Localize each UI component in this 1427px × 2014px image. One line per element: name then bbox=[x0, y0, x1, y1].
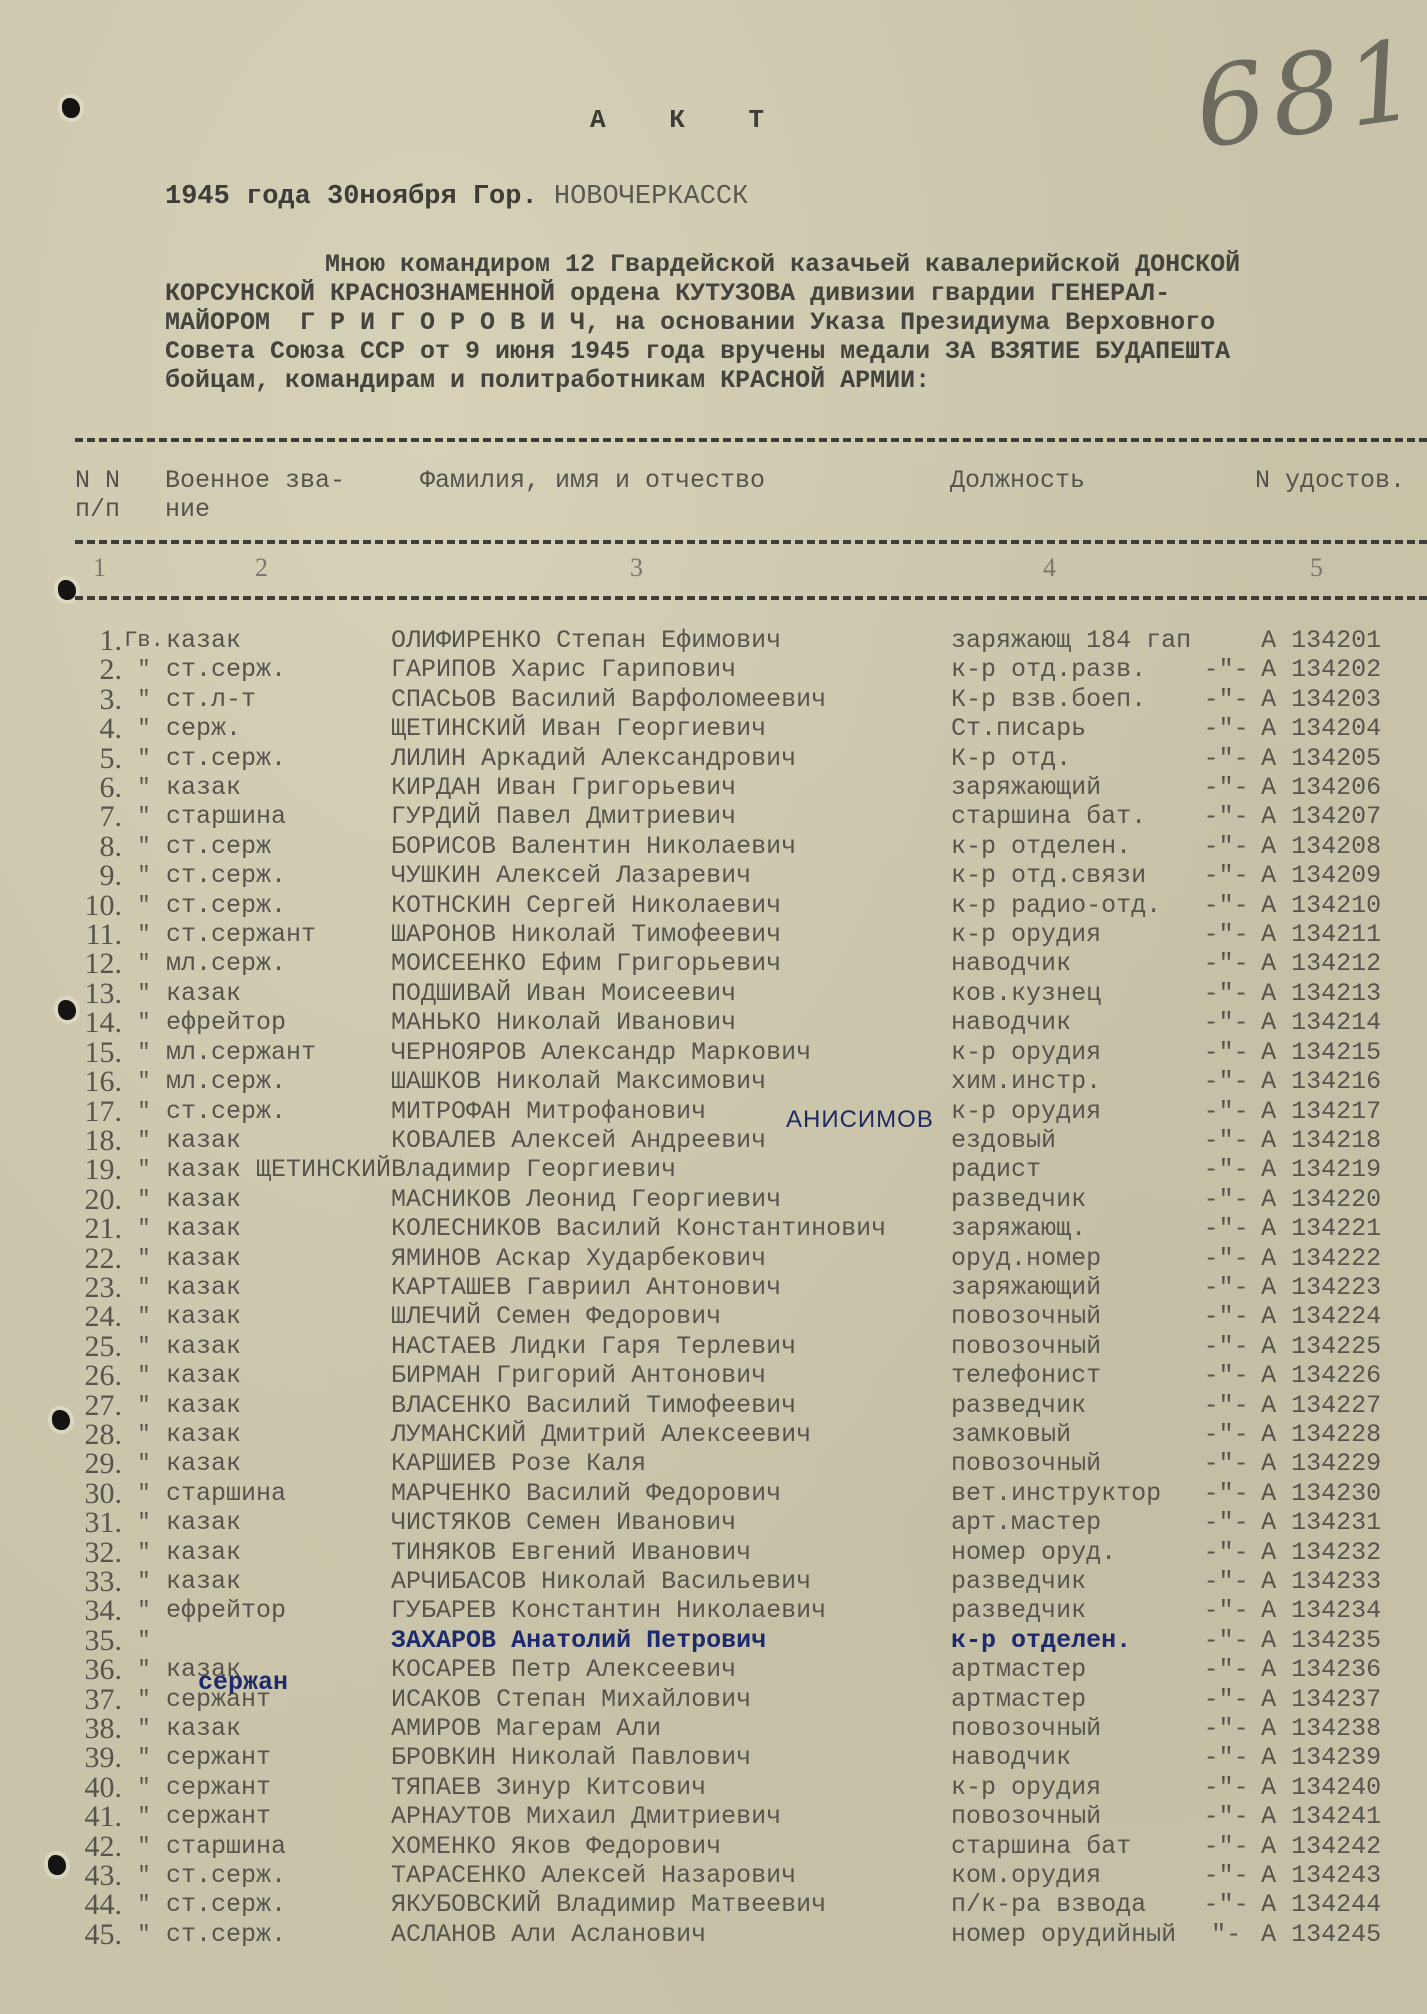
ditto-prefix: " bbox=[122, 1067, 166, 1096]
row-number: 19. bbox=[70, 1155, 122, 1184]
header-position: Должность bbox=[950, 466, 1085, 495]
ditto-mark: -"- bbox=[1191, 891, 1261, 920]
ditto-mark: -"- bbox=[1191, 1626, 1261, 1655]
certificate-number: А 134206 bbox=[1261, 773, 1427, 802]
row-number: 37. bbox=[70, 1685, 122, 1714]
full-name: НАСТАЕВ Лидки Гаря Терлевич bbox=[391, 1332, 951, 1361]
row-number: 13. bbox=[70, 979, 122, 1008]
full-name: МОИСЕЕНКО Ефим Григорьевич bbox=[391, 949, 951, 978]
certificate-number: А 134201 bbox=[1261, 626, 1427, 655]
military-rank: мл.сержант bbox=[166, 1038, 391, 1067]
row-number: 15. bbox=[70, 1038, 122, 1067]
certificate-number: А 134244 bbox=[1261, 1890, 1427, 1919]
position: вет.инструктор bbox=[951, 1479, 1191, 1508]
table-row: 44."ст.серж.ЯКУБОВСКИЙ Владимир Матвееви… bbox=[70, 1890, 1427, 1919]
military-rank: казак bbox=[166, 1214, 391, 1243]
ditto-prefix: " bbox=[122, 773, 166, 802]
certificate-number: А 134234 bbox=[1261, 1596, 1427, 1625]
ditto-mark: -"- bbox=[1191, 1302, 1261, 1331]
ditto-prefix: " bbox=[122, 1214, 166, 1243]
intro-line: Совета Союза ССР от 9 июня 1945 года вру… bbox=[165, 337, 1427, 366]
row-number: 32. bbox=[70, 1538, 122, 1567]
certificate-number: А 134209 bbox=[1261, 861, 1427, 890]
table-row: 23."казакКАРТАШЕВ Гавриил Антоновичзаряж… bbox=[70, 1273, 1427, 1302]
full-name: КАРТАШЕВ Гавриил Антонович bbox=[391, 1273, 951, 1302]
ditto-prefix: " bbox=[122, 1332, 166, 1361]
position: разведчик bbox=[951, 1185, 1191, 1214]
position: заряжающ. bbox=[951, 1214, 1191, 1243]
header-medal-no: N удостов. bbox=[1255, 466, 1405, 495]
position: к-р отделен. bbox=[951, 1626, 1191, 1655]
row-number: 36. bbox=[70, 1655, 122, 1684]
full-name: ПОДШИВАЙ Иван Моисеевич bbox=[391, 979, 951, 1008]
table-row: 18."казакКОВАЛЕВ Алексей Андреевичездовы… bbox=[70, 1126, 1427, 1155]
ditto-mark: -"- bbox=[1191, 1067, 1261, 1096]
position: наводчик bbox=[951, 949, 1191, 978]
position: повозочный bbox=[951, 1332, 1191, 1361]
ditto-mark: -"- bbox=[1191, 1244, 1261, 1273]
military-rank: мл.серж. bbox=[166, 1067, 391, 1096]
table-row: 19."казак ЩЕТИНСКИЙВладимир Георгиевичра… bbox=[70, 1155, 1427, 1184]
certificate-number: А 134218 bbox=[1261, 1126, 1427, 1155]
ditto-prefix: " bbox=[122, 1126, 166, 1155]
military-rank: казак bbox=[166, 1244, 391, 1273]
ditto-prefix: " bbox=[122, 1920, 166, 1949]
table-row: 13."казакПОДШИВАЙ Иван Моисеевичков.кузн… bbox=[70, 979, 1427, 1008]
ditto-mark: -"- bbox=[1191, 655, 1261, 684]
ditto-mark bbox=[1191, 626, 1261, 655]
row-number: 26. bbox=[70, 1361, 122, 1390]
certificate-number: А 134215 bbox=[1261, 1038, 1427, 1067]
row-number: 25. bbox=[70, 1332, 122, 1361]
row-number: 18. bbox=[70, 1126, 122, 1155]
position: заряжающий bbox=[951, 773, 1191, 802]
ditto-prefix: " bbox=[122, 1832, 166, 1861]
table-row: 21."казакКОЛЕСНИКОВ Василий Константинов… bbox=[70, 1214, 1427, 1243]
position: разведчик bbox=[951, 1391, 1191, 1420]
military-rank: ст.серж. bbox=[166, 891, 391, 920]
position: разведчик bbox=[951, 1567, 1191, 1596]
military-rank: казак bbox=[166, 1714, 391, 1743]
certificate-number: А 134225 bbox=[1261, 1332, 1427, 1361]
ditto-mark: -"- bbox=[1191, 1214, 1261, 1243]
military-rank: старшина bbox=[166, 802, 391, 831]
position: наводчик bbox=[951, 1743, 1191, 1772]
certificate-number: А 134212 bbox=[1261, 949, 1427, 978]
ditto-prefix: " bbox=[122, 1596, 166, 1625]
military-rank: казак bbox=[166, 1332, 391, 1361]
table-row: 30."старшинаМАРЧЕНКО Василий Федоровичве… bbox=[70, 1479, 1427, 1508]
ditto-mark: -"- bbox=[1191, 1391, 1261, 1420]
ditto-prefix: " bbox=[122, 1743, 166, 1772]
military-rank: старшина bbox=[166, 1479, 391, 1508]
full-name: СПАСЬОВ Василий Варфоломеевич bbox=[391, 685, 951, 714]
certificate-number: А 134239 bbox=[1261, 1743, 1427, 1772]
certificate-number: А 134238 bbox=[1261, 1714, 1427, 1743]
full-name: МАРЧЕНКО Василий Федорович bbox=[391, 1479, 951, 1508]
ditto-mark: -"- bbox=[1191, 744, 1261, 773]
full-name: Владимир Георгиевич bbox=[391, 1155, 951, 1184]
row-number: 2. bbox=[70, 655, 122, 684]
full-name: ГАРИПОВ Харис Гарипович bbox=[391, 655, 951, 684]
full-name: КАРШИЕВ Розе Каля bbox=[391, 1449, 951, 1478]
full-name: ЩЕТИНСКИЙ Иван Георгиевич bbox=[391, 714, 951, 743]
ditto-mark: -"- bbox=[1191, 1126, 1261, 1155]
full-name: ШАРОНОВ Николай Тимофеевич bbox=[391, 920, 951, 949]
military-rank: ст.серж. bbox=[166, 1890, 391, 1919]
position: к-р орудия bbox=[951, 1097, 1191, 1126]
ditto-mark: -"- bbox=[1191, 1832, 1261, 1861]
position: телефонист bbox=[951, 1361, 1191, 1390]
ditto-prefix: " bbox=[122, 1538, 166, 1567]
punch-hole-top bbox=[62, 98, 80, 118]
full-name: ЗАХАРОВ Анатолий Петрович bbox=[391, 1626, 951, 1655]
position: замковый bbox=[951, 1420, 1191, 1449]
ditto-mark: -"- bbox=[1191, 1802, 1261, 1831]
certificate-number: А 134205 bbox=[1261, 744, 1427, 773]
ditto-mark: -"- bbox=[1191, 1685, 1261, 1714]
table-row: 42."старшинаХОМЕНКО Яков Федоровичстарши… bbox=[70, 1832, 1427, 1861]
full-name: ИСАКОВ Степан Михайлович bbox=[391, 1685, 951, 1714]
table-row: 34."ефрейторГУБАРЕВ Константин Николаеви… bbox=[70, 1596, 1427, 1625]
table-row: 27."казакВЛАСЕНКО Василий Тимофеевичразв… bbox=[70, 1391, 1427, 1420]
position: наводчик bbox=[951, 1008, 1191, 1037]
military-rank: казак bbox=[166, 1508, 391, 1537]
position: к-р радио-отд. bbox=[951, 891, 1191, 920]
row-number: 34. bbox=[70, 1596, 122, 1625]
military-rank: казак bbox=[166, 1126, 391, 1155]
punch-hole-upper bbox=[58, 580, 76, 600]
certificate-number: А 134222 bbox=[1261, 1244, 1427, 1273]
table-row: 22."казакЯМИНОВ Аскар Хударбековичоруд.н… bbox=[70, 1244, 1427, 1273]
certificate-number: А 134207 bbox=[1261, 802, 1427, 831]
military-rank: казак ЩЕТИНСКИЙ bbox=[166, 1155, 391, 1184]
military-rank: казак bbox=[166, 1567, 391, 1596]
certificate-number: А 134236 bbox=[1261, 1655, 1427, 1684]
military-rank: ст.сержант bbox=[166, 920, 391, 949]
full-name: МАНЬКО Николай Иванович bbox=[391, 1008, 951, 1037]
punch-hole-bottom bbox=[48, 1855, 66, 1875]
certificate-number: А 134221 bbox=[1261, 1214, 1427, 1243]
table-row: 31."казакЧИСТЯКОВ Семен Ивановичарт.маст… bbox=[70, 1508, 1427, 1537]
certificate-number: А 134231 bbox=[1261, 1508, 1427, 1537]
column-number-3: 3 bbox=[630, 553, 643, 583]
ditto-prefix: " bbox=[122, 979, 166, 1008]
full-name: ЯКУБОВСКИЙ Владимир Матвеевич bbox=[391, 1890, 951, 1919]
position: заряжающ 184 гап bbox=[951, 626, 1191, 655]
certificate-number: А 134227 bbox=[1261, 1391, 1427, 1420]
ditto-prefix: " bbox=[122, 920, 166, 949]
ditto-prefix: " bbox=[122, 714, 166, 743]
ditto-mark: -"- bbox=[1191, 832, 1261, 861]
intro-line: КОРСУНСКОЙ КРАСНОЗНАМЕННОЙ ордена КУТУЗО… bbox=[165, 279, 1427, 308]
table-row: 35."ЗАХАРОВ Анатолий Петровичк-р отделен… bbox=[70, 1626, 1427, 1655]
table-row: 3."ст.л-тСПАСЬОВ Василий ВарфоломеевичК-… bbox=[70, 685, 1427, 714]
table-row: 33."казакАРЧИБАСОВ Николай Васильевичраз… bbox=[70, 1567, 1427, 1596]
full-name: ОЛИФИРЕНКО Степан Ефимович bbox=[391, 626, 951, 655]
certificate-number: А 134214 bbox=[1261, 1008, 1427, 1037]
ditto-prefix: " bbox=[122, 744, 166, 773]
position: старшина бат. bbox=[951, 802, 1191, 831]
row-number: 23. bbox=[70, 1273, 122, 1302]
full-name: АСЛАНОВ Али Асланович bbox=[391, 1920, 951, 1949]
full-name: МАСНИКОВ Леонид Георгиевич bbox=[391, 1185, 951, 1214]
full-name: ЯМИНОВ Аскар Хударбекович bbox=[391, 1244, 951, 1273]
military-rank: серж. bbox=[166, 714, 391, 743]
table-row: 39."сержантБРОВКИН Николай Павловичнавод… bbox=[70, 1743, 1427, 1772]
full-name: БОРИСОВ Валентин Николаевич bbox=[391, 832, 951, 861]
position: номер орудийный bbox=[951, 1920, 1191, 1949]
table-row: 25."казакНАСТАЕВ Лидки Гаря Терлевичпово… bbox=[70, 1332, 1427, 1361]
table-row: 7."старшинаГУРДИЙ Павел Дмитриевичстарши… bbox=[70, 802, 1427, 831]
stamped-surname-anisimov: АНИСИМОВ bbox=[786, 1106, 934, 1134]
column-number-1: 1 bbox=[93, 553, 106, 583]
military-rank: казак bbox=[166, 626, 391, 655]
ditto-prefix: " bbox=[122, 1185, 166, 1214]
full-name: БРОВКИН Николай Павлович bbox=[391, 1743, 951, 1772]
ditto-prefix: " bbox=[122, 1155, 166, 1184]
certificate-number: А 134230 bbox=[1261, 1479, 1427, 1508]
ditto-mark: -"- bbox=[1191, 802, 1261, 831]
position: хим.инстр. bbox=[951, 1067, 1191, 1096]
column-number-rule bbox=[75, 596, 1427, 600]
table-row: 41."сержантАРНАУТОВ Михаил Дмитриевичпов… bbox=[70, 1802, 1427, 1831]
ditto-prefix: " bbox=[122, 1449, 166, 1478]
certificate-number: А 134233 bbox=[1261, 1567, 1427, 1596]
position: оруд.номер bbox=[951, 1244, 1191, 1273]
ditto-prefix: " bbox=[122, 1567, 166, 1596]
position: заряжающий bbox=[951, 1273, 1191, 1302]
table-row: 8."ст.сержБОРИСОВ Валентин Николаевичк-р… bbox=[70, 832, 1427, 861]
position: ком.орудия bbox=[951, 1861, 1191, 1890]
position: п/к-ра взвода bbox=[951, 1890, 1191, 1919]
certificate-number: А 134219 bbox=[1261, 1155, 1427, 1184]
certificate-number: А 134237 bbox=[1261, 1685, 1427, 1714]
intro-line: МАЙОРОМ Г Р И Г О Р О В И Ч, на основани… bbox=[165, 308, 1427, 337]
row-number: 11. bbox=[70, 920, 122, 949]
military-rank: ефрейтор bbox=[166, 1008, 391, 1037]
ditto-mark: -"- bbox=[1191, 1420, 1261, 1449]
header-num: N N п/п bbox=[75, 466, 120, 524]
certificate-number: А 134241 bbox=[1261, 1802, 1427, 1831]
full-name: ХОМЕНКО Яков Федорович bbox=[391, 1832, 951, 1861]
ditto-mark: -"- bbox=[1191, 1332, 1261, 1361]
certificate-number: А 134204 bbox=[1261, 714, 1427, 743]
ditto-prefix: " bbox=[122, 1714, 166, 1743]
ditto-mark: -"- bbox=[1191, 1273, 1261, 1302]
certificate-number: А 134226 bbox=[1261, 1361, 1427, 1390]
full-name: ЛУМАНСКИЙ Дмитрий Алексеевич bbox=[391, 1420, 951, 1449]
full-name: ГУРДИЙ Павел Дмитриевич bbox=[391, 802, 951, 831]
ditto-mark: -"- bbox=[1191, 1185, 1261, 1214]
military-rank: сержант bbox=[166, 1743, 391, 1772]
row-number: 3. bbox=[70, 685, 122, 714]
ditto-mark: -"- bbox=[1191, 1508, 1261, 1537]
row-number: 16. bbox=[70, 1067, 122, 1096]
document-title: А К Т bbox=[590, 105, 788, 135]
ditto-mark: -"- bbox=[1191, 1743, 1261, 1772]
ditto-prefix: " bbox=[122, 1302, 166, 1331]
ditto-prefix: " bbox=[122, 1097, 166, 1126]
table-row: 15."мл.сержантЧЕРНОЯРОВ Александр Марков… bbox=[70, 1038, 1427, 1067]
header-rule bbox=[75, 540, 1427, 544]
row-number: 29. bbox=[70, 1449, 122, 1478]
table-row: 24."казакШЛЕЧИЙ Семен Федоровичповозочны… bbox=[70, 1302, 1427, 1331]
ditto-mark: -"- bbox=[1191, 1538, 1261, 1567]
ditto-mark: -"- bbox=[1191, 949, 1261, 978]
certificate-number: А 134228 bbox=[1261, 1420, 1427, 1449]
row-number: 31. bbox=[70, 1508, 122, 1537]
position: к-р отд.разв. bbox=[951, 655, 1191, 684]
position: ездовый bbox=[951, 1126, 1191, 1155]
ditto-mark: -"- bbox=[1191, 1596, 1261, 1625]
position: к-р орудия bbox=[951, 920, 1191, 949]
row-number: 44. bbox=[70, 1890, 122, 1919]
row-number: 40. bbox=[70, 1773, 122, 1802]
row-number: 45. bbox=[70, 1920, 122, 1949]
military-rank bbox=[166, 1626, 391, 1655]
column-number-4: 4 bbox=[1043, 553, 1056, 583]
position: К-р отд. bbox=[951, 744, 1191, 773]
full-name: АРЧИБАСОВ Николай Васильевич bbox=[391, 1567, 951, 1596]
full-name: БИРМАН Григорий Антонович bbox=[391, 1361, 951, 1390]
table-row: 5."ст.серж.ЛИЛИН Аркадий АлександровичК-… bbox=[70, 744, 1427, 773]
full-name: КОТНСКИН Сергей Николаевич bbox=[391, 891, 951, 920]
full-name: АРНАУТОВ Михаил Дмитриевич bbox=[391, 1802, 951, 1831]
certificate-number: А 134211 bbox=[1261, 920, 1427, 949]
certificate-number: А 134208 bbox=[1261, 832, 1427, 861]
ditto-prefix: " bbox=[122, 1508, 166, 1537]
position: Ст.писарь bbox=[951, 714, 1191, 743]
row-number: 17. bbox=[70, 1097, 122, 1126]
ditto-prefix: " bbox=[122, 1008, 166, 1037]
overtyped-rank-sergeant: сержан bbox=[198, 1668, 288, 1697]
military-rank: казак bbox=[166, 1302, 391, 1331]
military-rank: ст.серж. bbox=[166, 1097, 391, 1126]
certificate-number: А 134224 bbox=[1261, 1302, 1427, 1331]
certificate-number: А 134242 bbox=[1261, 1832, 1427, 1861]
city: НОВОЧЕРКАССК bbox=[554, 182, 748, 212]
row-number: 33. bbox=[70, 1567, 122, 1596]
ditto-mark: -"- bbox=[1191, 1655, 1261, 1684]
ditto-mark: -"- bbox=[1191, 1038, 1261, 1067]
punch-hole-lower bbox=[52, 1410, 70, 1430]
certificate-number: А 134216 bbox=[1261, 1067, 1427, 1096]
full-name: ТИНЯКОВ Евгений Иванович bbox=[391, 1538, 951, 1567]
full-name: ЧИСТЯКОВ Семен Иванович bbox=[391, 1508, 951, 1537]
table-row: 9."ст.серж.ЧУШКИН Алексей Лазаревичк-р о… bbox=[70, 861, 1427, 890]
full-name: АМИРОВ Магерам Али bbox=[391, 1714, 951, 1743]
row-number: 14. bbox=[70, 1008, 122, 1037]
row-number: 10. bbox=[70, 891, 122, 920]
column-number-5: 5 bbox=[1310, 553, 1323, 583]
row-number: 22. bbox=[70, 1244, 122, 1273]
ditto-mark: -"- bbox=[1191, 685, 1261, 714]
position: повозочный bbox=[951, 1449, 1191, 1478]
ditto-prefix: " bbox=[122, 1626, 166, 1655]
table-row: 11."ст.сержантШАРОНОВ Николай Тимофеевич… bbox=[70, 920, 1427, 949]
military-rank: сержант bbox=[166, 1802, 391, 1831]
row-number: 38. bbox=[70, 1714, 122, 1743]
row-number: 27. bbox=[70, 1391, 122, 1420]
certificate-number: А 134210 bbox=[1261, 891, 1427, 920]
row-number: 35. bbox=[70, 1626, 122, 1655]
full-name: ТЯПАЕВ Зинур Китсович bbox=[391, 1773, 951, 1802]
table-row: 2."ст.серж.ГАРИПОВ Харис Гариповичк-р от… bbox=[70, 655, 1427, 684]
ditto-prefix: " bbox=[122, 802, 166, 831]
header-rank: Военное зва- ние bbox=[165, 466, 345, 524]
position: разведчик bbox=[951, 1596, 1191, 1625]
ditto-prefix: " bbox=[122, 891, 166, 920]
ditto-prefix: " bbox=[122, 832, 166, 861]
military-rank: ст.серж. bbox=[166, 1861, 391, 1890]
military-rank: казак bbox=[166, 1273, 391, 1302]
table-row: 29."казакКАРШИЕВ Розе Каляповозочный-"-А… bbox=[70, 1449, 1427, 1478]
ditto-prefix: " bbox=[122, 1655, 166, 1684]
table-row: 38."казакАМИРОВ Магерам Алиповозочный-"-… bbox=[70, 1714, 1427, 1743]
ditto-prefix: " bbox=[122, 1685, 166, 1714]
position: повозочный bbox=[951, 1802, 1191, 1831]
row-number: 6. bbox=[70, 773, 122, 802]
military-rank: сержант bbox=[166, 1773, 391, 1802]
intro-line: Мною командиром 12 Гвардейской казачьей … bbox=[165, 250, 1427, 279]
full-name: ШАШКОВ Николай Максимович bbox=[391, 1067, 951, 1096]
table-row: 43."ст.серж.ТАРАСЕНКО Алексей Назаровичк… bbox=[70, 1861, 1427, 1890]
table-row: 10."ст.серж.КОТНСКИН Сергей Николаевичк-… bbox=[70, 891, 1427, 920]
row-number: 41. bbox=[70, 1802, 122, 1831]
military-rank: казак bbox=[166, 1538, 391, 1567]
military-rank: ст.серж. bbox=[166, 655, 391, 684]
ditto-prefix: Гв. bbox=[122, 626, 166, 655]
ditto-prefix: " bbox=[122, 861, 166, 890]
certificate-number: А 134235 bbox=[1261, 1626, 1427, 1655]
row-number: 43. bbox=[70, 1861, 122, 1890]
certificate-number: А 134213 bbox=[1261, 979, 1427, 1008]
ditto-mark: -"- bbox=[1191, 1861, 1261, 1890]
table-row: 17."ст.серж.МИТРОФАН Митрофановичк-р ору… bbox=[70, 1097, 1427, 1126]
ditto-mark: -"- bbox=[1191, 920, 1261, 949]
intro-paragraph: Мною командиром 12 Гвардейской казачьей … bbox=[165, 250, 1427, 395]
ditto-prefix: " bbox=[122, 1773, 166, 1802]
row-number: 12. bbox=[70, 949, 122, 978]
military-rank: ст.л-т bbox=[166, 685, 391, 714]
military-rank: мл.серж. bbox=[166, 949, 391, 978]
ditto-prefix: " bbox=[122, 1244, 166, 1273]
position: ков.кузнец bbox=[951, 979, 1191, 1008]
full-name: КИРДАН Иван Григорьевич bbox=[391, 773, 951, 802]
ditto-prefix: " bbox=[122, 1273, 166, 1302]
table-row: 6."казакКИРДАН Иван Григорьевичзаряжающи… bbox=[70, 773, 1427, 802]
row-number: 4. bbox=[70, 714, 122, 743]
table-row: 32."казакТИНЯКОВ Евгений Ивановичномер о… bbox=[70, 1538, 1427, 1567]
column-number-2: 2 bbox=[255, 553, 268, 583]
table-row: 45."ст.серж.АСЛАНОВ Али Аслановичномер о… bbox=[70, 1920, 1427, 1949]
full-name: ТАРАСЕНКО Алексей Назарович bbox=[391, 1861, 951, 1890]
row-number: 42. bbox=[70, 1832, 122, 1861]
ditto-mark: -"- bbox=[1191, 1361, 1261, 1390]
position: старшина бат bbox=[951, 1832, 1191, 1861]
position: К-р взв.боеп. bbox=[951, 685, 1191, 714]
certificate-number: А 134232 bbox=[1261, 1538, 1427, 1567]
full-name: ЧЕРНОЯРОВ Александр Маркович bbox=[391, 1038, 951, 1067]
dateline: 1945 года 30ноября Гор. НОВОЧЕРКАССК bbox=[165, 182, 748, 212]
row-number: 9. bbox=[70, 861, 122, 890]
military-rank: казак bbox=[166, 1361, 391, 1390]
row-number: 39. bbox=[70, 1743, 122, 1772]
military-rank: ефрейтор bbox=[166, 1596, 391, 1625]
ditto-prefix: " bbox=[122, 1479, 166, 1508]
ditto-mark: -"- bbox=[1191, 1155, 1261, 1184]
